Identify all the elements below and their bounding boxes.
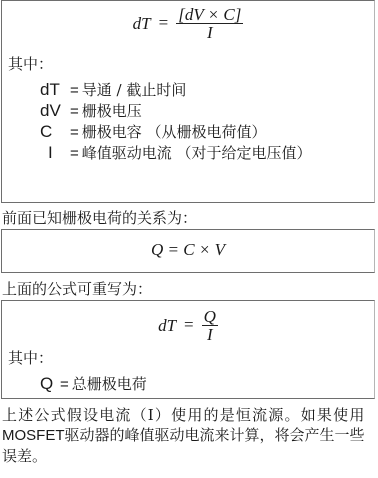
definition-symbol: dT: [40, 80, 70, 100]
definition-row: I=峰值驱动电流 （对于给定电压值）: [40, 142, 312, 163]
where-label: 其中：: [8, 53, 53, 74]
definition-equals: =: [60, 376, 69, 393]
definition-text: 栅极电容 （从栅极电荷值）: [82, 123, 267, 141]
where-label: 其中：: [8, 347, 53, 368]
note-line-2: MOSFET驱动器的峰值驱动电流来计算，将会产生一些: [2, 425, 376, 446]
formula-fraction: [dV × C]I: [176, 7, 243, 41]
formula-dt-equation: dT=[dV × C]I: [2, 7, 374, 41]
definition-row: dV=栅极电压: [40, 100, 142, 121]
definition-symbol: Q: [40, 374, 60, 394]
definition-equals: =: [70, 82, 79, 99]
definition-row: dT=导通 / 截止时间: [40, 79, 186, 100]
definition-row: C=栅极电容 （从栅极电荷值）: [40, 121, 267, 142]
gate-charge-intro-text: 前面已知栅极电荷的关系为：: [2, 207, 197, 228]
definition-equals: =: [70, 145, 79, 162]
definition-equals: =: [70, 124, 79, 141]
definition-row: Q=总栅极电荷: [40, 373, 147, 394]
definition-symbol: I: [40, 143, 70, 163]
definition-text: 总栅极电荷: [72, 375, 147, 393]
mosfet-term: MOSFET: [2, 427, 65, 444]
definition-symbol: C: [40, 122, 70, 142]
formula-equals: =: [159, 13, 169, 32]
definition-text: 栅极电压: [82, 102, 142, 120]
formula-q-equation: Q = C × V: [2, 240, 374, 260]
formula-fraction: QI: [202, 309, 218, 343]
fraction-denominator: I: [202, 326, 218, 343]
formula-dt-q-equation: dT=QI: [2, 309, 374, 343]
definition-text: 导通 / 截止时间: [82, 81, 187, 99]
rewrite-intro-text: 上面的公式可重写为：: [2, 278, 152, 299]
fraction-denominator: I: [176, 24, 243, 41]
definition-text: 峰值驱动电流 （对于给定电压值）: [82, 144, 312, 162]
constant-current-note: 上述公式假设电流（I）使用的是恒流源。如果使用 MOSFET驱动器的峰值驱动电流…: [2, 405, 376, 466]
definition-equals: =: [70, 103, 79, 120]
fraction-numerator: Q: [202, 309, 218, 326]
note-line-1: 上述公式假设电流（I）使用的是恒流源。如果使用: [2, 405, 376, 425]
formula-box-gate-charge: Q = C × V: [1, 229, 375, 273]
formula-box-rewritten: dT=QI 其中： Q=总栅极电荷: [1, 300, 375, 399]
formula-lhs: dT: [133, 14, 151, 33]
definition-symbol: dV: [40, 101, 70, 121]
fraction-numerator: [dV × C]: [176, 7, 243, 24]
note-line-3: 误差。: [2, 446, 376, 466]
formula-box-switching-time: dT=[dV × C]I 其中： dT=导通 / 截止时间 dV=栅极电压 C=…: [1, 0, 375, 203]
note-line-2-rest: 驱动器的峰值驱动电流来计算，将会产生一些: [65, 426, 365, 444]
formula-equals: =: [184, 315, 194, 334]
formula-lhs: dT: [158, 316, 176, 335]
